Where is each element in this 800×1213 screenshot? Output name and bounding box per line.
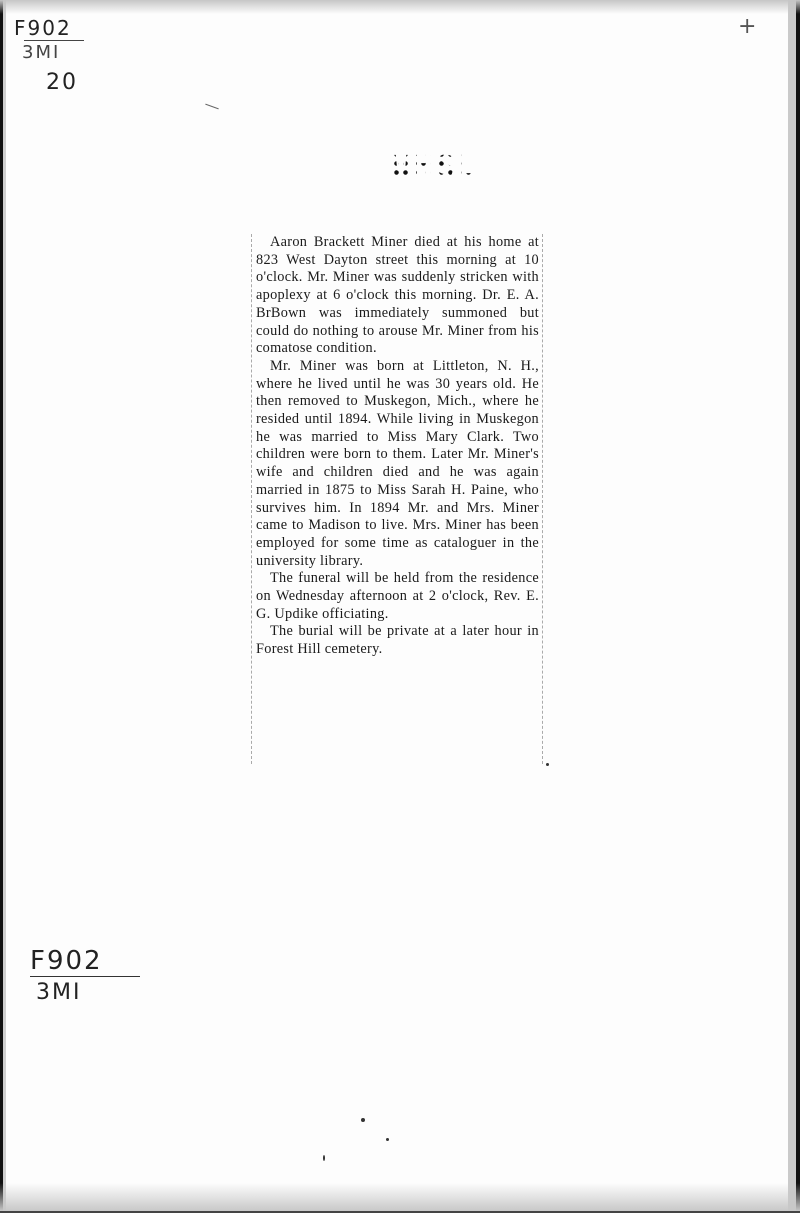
scanned-page: F902 3MI 20 + WHSL Aaron Brackett Miner … [0,0,800,1213]
corner-cross-mark: + [738,14,756,39]
article-paragraph-4: The burial will be private at a later ho… [256,623,539,658]
article-paragraph-1: Aaron Brackett Miner died at his home at… [256,234,539,358]
handwritten-call-number-bottom: F902 [30,946,103,976]
scan-speck [323,1155,325,1161]
newspaper-clipping: Aaron Brackett Miner died at his home at… [251,234,543,764]
handwritten-item-number: 20 [46,70,78,95]
handwritten-cutter-number: 3MI [22,42,60,63]
stamp-text: WHSL [392,150,480,185]
scan-speck [386,1138,389,1141]
scan-edge-top [0,0,800,14]
scan-edge-left [0,0,6,1213]
scan-edge-right [788,0,800,1213]
scan-speck [361,1118,365,1122]
handwritten-rule-bottom [30,976,140,977]
perforated-stamp: WHSL [392,150,480,185]
article-paragraph-2: Mr. Miner was born at Littleton, N. H., … [256,358,539,570]
scan-speck [205,104,218,110]
article-paragraph-3: The funeral will be held from the reside… [256,570,539,623]
handwritten-rule [24,40,84,41]
scan-edge-bottom [0,1183,800,1213]
scan-speck [546,763,549,766]
handwritten-call-number: F902 [14,16,72,40]
handwritten-cutter-number-bottom: 3MI [36,980,81,1005]
